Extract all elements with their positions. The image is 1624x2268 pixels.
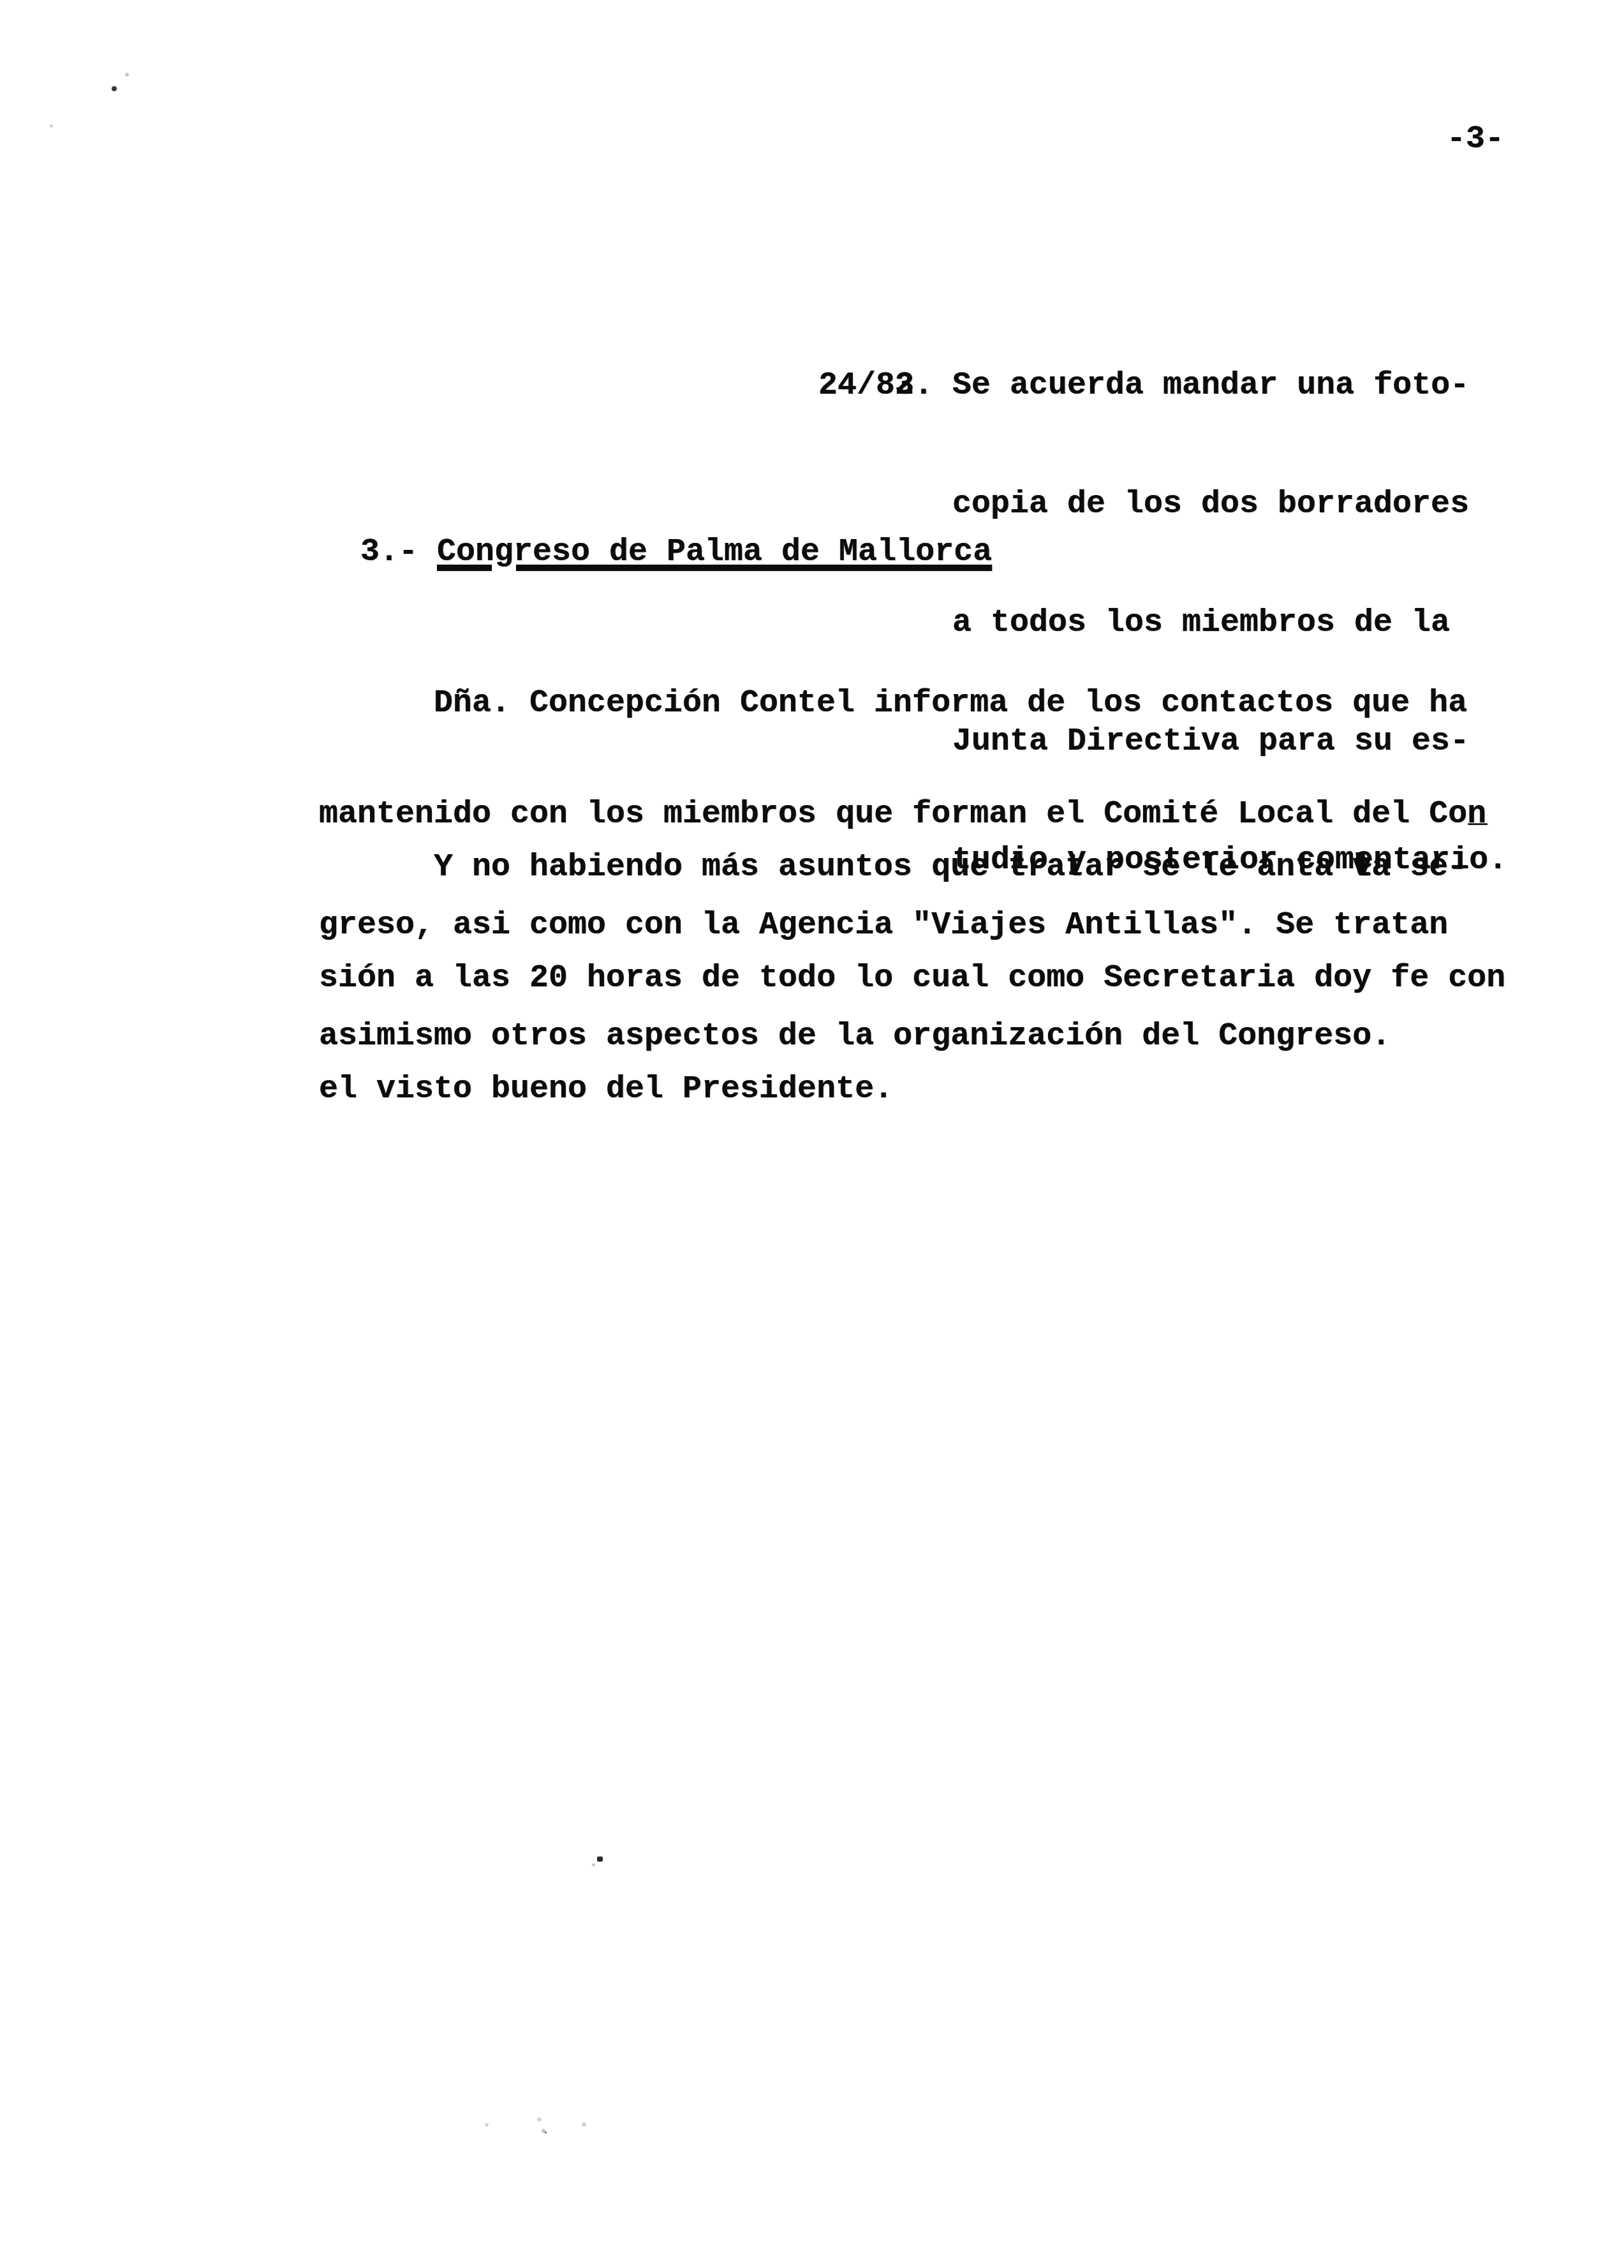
text-line: el visto bueno del Presidente. (319, 1071, 1505, 1108)
ink-speck (545, 2131, 547, 2133)
resolution-text: Se acuerda mandar una foto- (952, 367, 1469, 404)
paragraph-closing: Y no habiendo más asuntos que tratar se … (319, 775, 1505, 1182)
ink-speck (592, 1864, 595, 1866)
text-line: copia de los dos borradores (818, 485, 1507, 524)
ink-speck (112, 86, 117, 91)
section-title: Congreso de Palma de Mallorca (437, 534, 992, 570)
text-line: Y no habiendo más asuntos que tratar se … (319, 849, 1505, 886)
overstruck-char: vt (1237, 849, 1257, 886)
ink-speck (597, 1857, 603, 1862)
overstruck-digit: 32 (895, 366, 914, 406)
page-number: -3- (1447, 121, 1504, 158)
resolution-number: 24/832. (818, 367, 933, 404)
ink-speck (537, 2117, 542, 2121)
text-line: 24/832.Se acuerda mandar una foto- (818, 366, 1507, 406)
section-number: 3.- (360, 534, 418, 570)
section-heading: 3.-Congreso de Palma de Mallorca (360, 534, 992, 571)
text-line: Dña. Concepción Contel informa de los co… (319, 685, 1486, 722)
ink-speck (125, 73, 129, 77)
text-line: sión a las 20 horas de todo lo cual como… (319, 960, 1505, 997)
ink-speck (582, 2123, 586, 2126)
ink-speck (50, 124, 53, 128)
document-page: -3- 24/832.Se acuerda mandar una foto- c… (0, 0, 1624, 2268)
ink-speck (485, 2123, 489, 2126)
